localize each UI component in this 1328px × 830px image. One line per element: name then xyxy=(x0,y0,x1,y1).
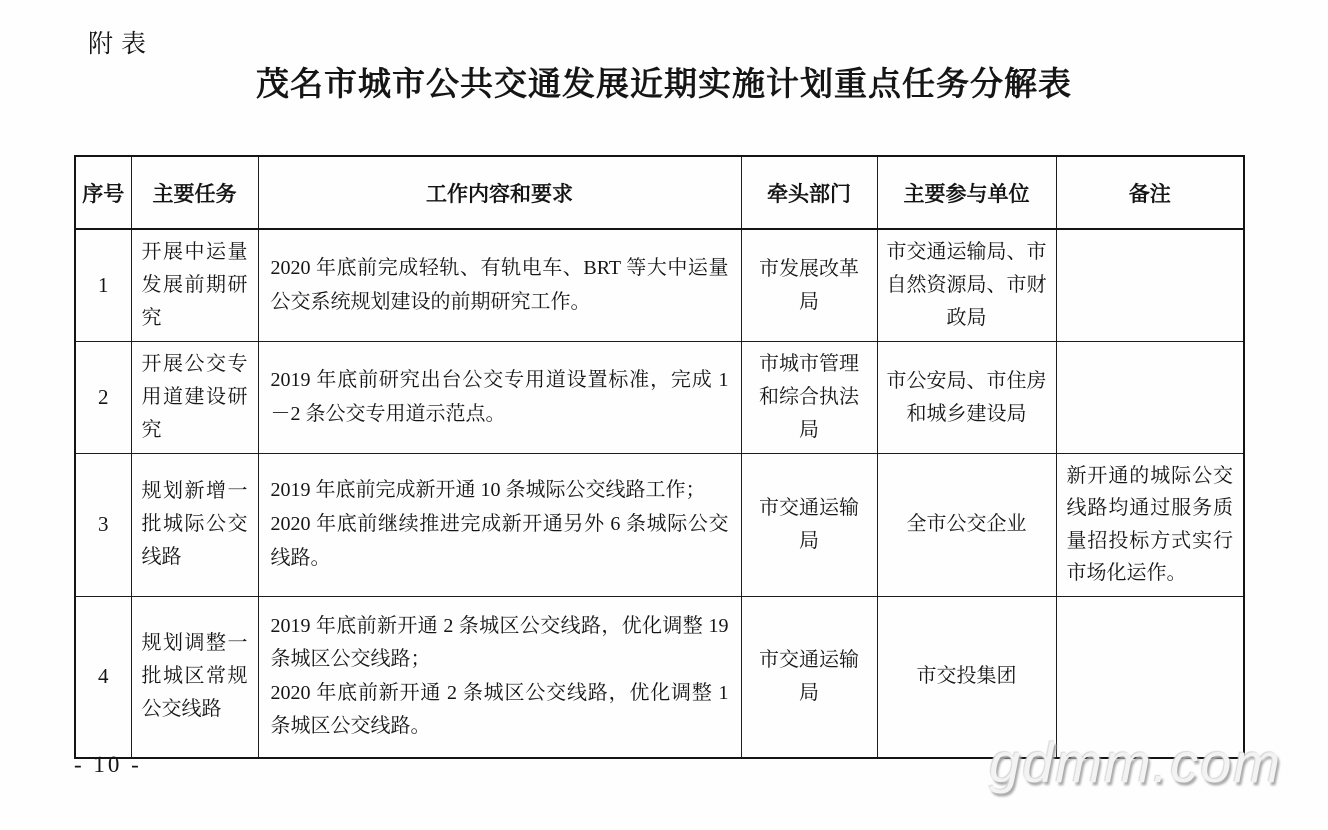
cell-participating-units: 市交通运输局、市自然资源局、市财政局 xyxy=(877,229,1056,342)
cell-work-content: 2019 年底前研究出台公交专用道设置标准，完成 1－2 条公交专用道示范点。 xyxy=(258,342,741,454)
attachment-label: 附表 xyxy=(88,24,154,60)
cell-main-task: 规划新增一批城际公交线路 xyxy=(131,454,258,597)
column-header-work-content: 工作内容和要求 xyxy=(258,156,741,229)
cell-remarks: 新开通的城际公交线路均通过服务质量招投标方式实行市场化运作。 xyxy=(1056,454,1244,597)
cell-remarks xyxy=(1056,342,1244,454)
table-row: 3 规划新增一批城际公交线路 2019 年底前完成新开通 10 条城际公交线路工… xyxy=(75,454,1244,597)
cell-work-content: 2019 年底前完成新开通 10 条城际公交线路工作； 2020 年底前继续推进… xyxy=(258,454,741,597)
table-header-row: 序号 主要任务 工作内容和要求 牵头部门 主要参与单位 备注 xyxy=(75,156,1244,229)
cell-participating-units: 全市公交企业 xyxy=(877,454,1056,597)
cell-remarks xyxy=(1056,229,1244,342)
cell-serial-number: 4 xyxy=(75,596,131,758)
cell-main-task: 规划调整一批城区常规公交线路 xyxy=(131,596,258,758)
column-header-remarks: 备注 xyxy=(1056,156,1244,229)
cell-lead-department: 市交通运输局 xyxy=(741,454,877,597)
cell-serial-number: 1 xyxy=(75,229,131,342)
cell-lead-department: 市城市管理和综合执法局 xyxy=(741,342,877,454)
table-row: 1 开展中运量发展前期研究 2020 年底前完成轻轨、有轨电车、BRT 等大中运… xyxy=(75,229,1244,342)
cell-serial-number: 3 xyxy=(75,454,131,597)
page-number: - 10 - xyxy=(74,752,142,778)
cell-main-task: 开展公交专用道建设研究 xyxy=(131,342,258,454)
column-header-participating-units: 主要参与单位 xyxy=(877,156,1056,229)
cell-work-content: 2020 年底前完成轻轨、有轨电车、BRT 等大中运量公交系统规划建设的前期研究… xyxy=(258,229,741,342)
watermark: gdmm.com xyxy=(989,730,1282,795)
cell-lead-department: 市发展改革局 xyxy=(741,229,877,342)
task-breakdown-table: 序号 主要任务 工作内容和要求 牵头部门 主要参与单位 备注 1 开展中运量发展… xyxy=(74,155,1245,759)
cell-participating-units: 市公安局、市住房和城乡建设局 xyxy=(877,342,1056,454)
page-title: 茂名市城市公共交通发展近期实施计划重点任务分解表 xyxy=(0,58,1328,105)
cell-lead-department: 市交通运输局 xyxy=(741,596,877,758)
cell-work-content: 2019 年底前新开通 2 条城区公交线路，优化调整 19 条城区公交线路； 2… xyxy=(258,596,741,758)
column-header-serial-number: 序号 xyxy=(75,156,131,229)
cell-main-task: 开展中运量发展前期研究 xyxy=(131,229,258,342)
column-header-main-task: 主要任务 xyxy=(131,156,258,229)
cell-serial-number: 2 xyxy=(75,342,131,454)
table-row: 2 开展公交专用道建设研究 2019 年底前研究出台公交专用道设置标准，完成 1… xyxy=(75,342,1244,454)
column-header-lead-department: 牵头部门 xyxy=(741,156,877,229)
